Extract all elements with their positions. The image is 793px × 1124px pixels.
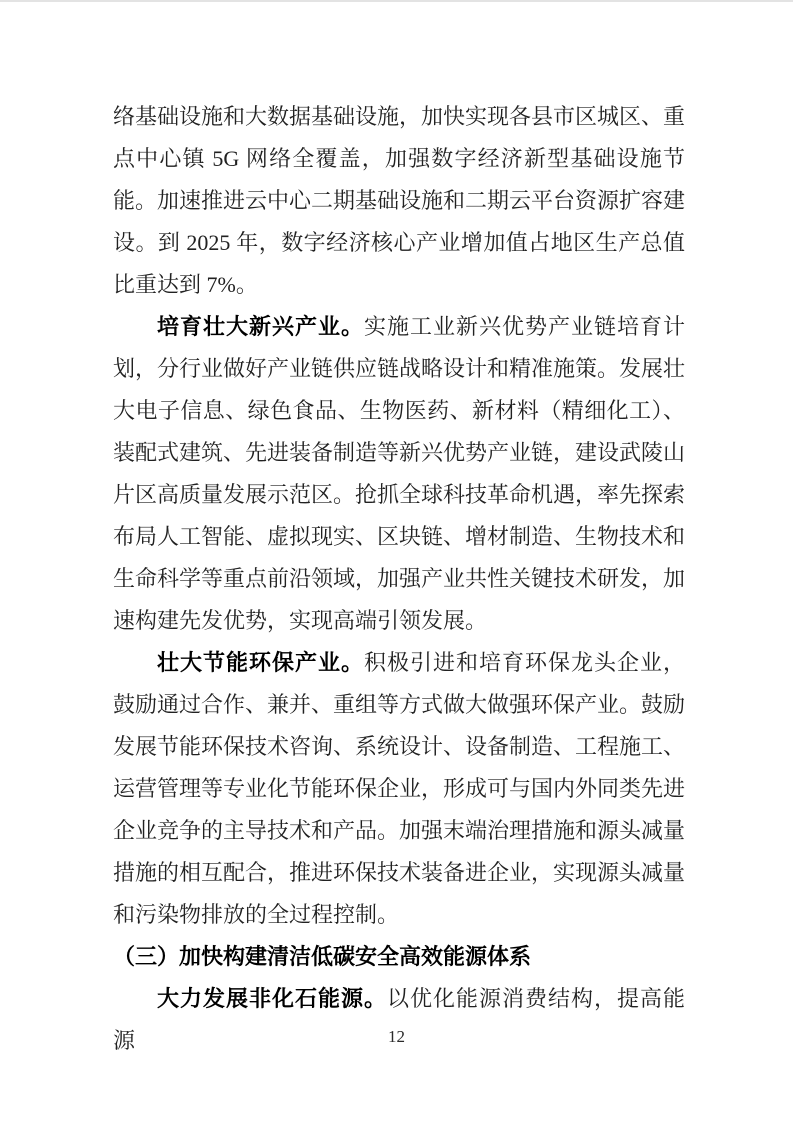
paragraph-lead: 大力发展非化石能源。	[157, 986, 387, 1011]
paragraph-network-infrastructure: 络基础设施和大数据基础设施，加快实现各县市区城区、重点中心镇 5G 网络全覆盖，…	[113, 96, 685, 306]
document-page: 络基础设施和大数据基础设施，加快实现各县市区城区、重点中心镇 5G 网络全覆盖，…	[0, 0, 793, 1124]
paragraph-lead: 培育壮大新兴产业。	[157, 314, 364, 339]
section-heading-clean-energy: （三）加快构建清洁低碳安全高效能源体系	[113, 936, 685, 978]
paragraph-emerging-industries: 培育壮大新兴产业。实施工业新兴优势产业链培育计划，分行业做好产业链供应链战略设计…	[113, 306, 685, 642]
paragraph-lead: 壮大节能环保产业。	[157, 650, 364, 675]
paragraph-non-fossil-energy: 大力发展非化石能源。以优化能源消费结构，提高能源	[113, 978, 685, 1062]
page-body: 络基础设施和大数据基础设施，加快实现各县市区城区、重点中心镇 5G 网络全覆盖，…	[113, 96, 685, 1062]
paragraph-text: 实施工业新兴优势产业链培育计划，分行业做好产业链供应链战略设计和精准施策。发展壮…	[113, 314, 685, 633]
page-number: 12	[0, 1026, 793, 1048]
paragraph-text: 积极引进和培育环保龙头企业，鼓励通过合作、兼并、重组等方式做大做强环保产业。鼓励…	[113, 650, 685, 927]
paragraph-energy-saving-industry: 壮大节能环保产业。积极引进和培育环保龙头企业，鼓励通过合作、兼并、重组等方式做大…	[113, 642, 685, 936]
paragraph-text: 络基础设施和大数据基础设施，加快实现各县市区城区、重点中心镇 5G 网络全覆盖，…	[113, 104, 685, 297]
